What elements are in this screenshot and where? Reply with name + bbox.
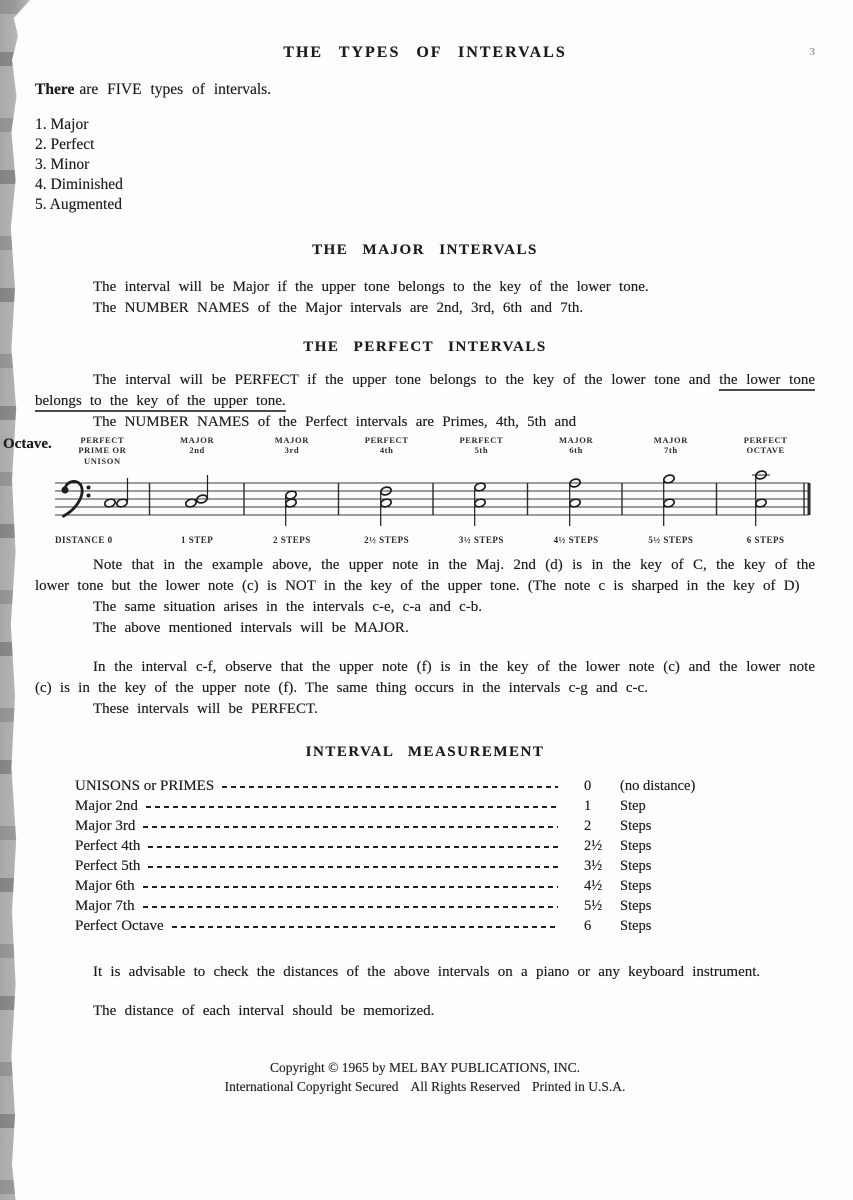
copyright-line-1: Copyright © 1965 by MEL BAY PUBLICATIONS…: [35, 1058, 815, 1077]
distance-label: 4½ STEPS: [529, 535, 624, 545]
distance-unit: Steps: [620, 818, 740, 835]
perfect-intervals-heading: THE PERFECT INTERVALS: [35, 339, 815, 356]
interval-label: PERFECT PRIME OR UNISON: [55, 435, 150, 467]
interval-name: Major 7th: [75, 898, 135, 915]
intro-lead-first-word: There: [35, 81, 74, 98]
distance-labels: DISTANCE 0 1 STEP 2 STEPS 2½ STEPS 3½ ST…: [55, 535, 813, 545]
table-row: Major 7th 5½ Steps: [75, 896, 740, 916]
interval-name: Perfect Octave: [75, 918, 164, 935]
distance-value: 4½: [584, 878, 620, 895]
list-item: 3. Minor: [35, 155, 815, 175]
page-title: THE TYPES OF INTERVALS: [283, 44, 566, 62]
major-paragraph-2: The NUMBER NAMES of the Major intervals …: [35, 298, 815, 319]
distance-unit: Steps: [620, 858, 740, 875]
copyright-secured-text: International Copyright Secured: [225, 1079, 399, 1094]
interval-measurement-heading: INTERVAL MEASUREMENT: [35, 744, 815, 761]
interval-name: Major 6th: [75, 878, 135, 895]
intro-lead: Thereare FIVE types of intervals.: [35, 81, 815, 99]
note-paragraph-1: Note that in the example above, the uppe…: [35, 555, 815, 597]
list-item: 4. Diminished: [35, 175, 815, 195]
list-item: 1. Major: [35, 115, 815, 135]
dotted-leader: [146, 806, 558, 809]
list-item: 5. Augmented: [35, 195, 815, 215]
distance-label: 1 STEP: [150, 535, 245, 545]
bass-staff-notation: [55, 469, 813, 535]
perfect-paragraph-2: The NUMBER NAMES of the Perfect interval…: [35, 412, 815, 433]
dotted-leader: [222, 786, 558, 789]
distance-unit: (no distance): [620, 778, 740, 795]
interval-label: PERFECT OCTAVE: [718, 435, 813, 467]
interval-name: Major 3rd: [75, 818, 135, 835]
distance-value: 6: [584, 918, 620, 935]
distance-label: 2 STEPS: [245, 535, 340, 545]
note-paragraph-2: The same situation arises in the interva…: [35, 597, 815, 618]
distance-label: 2½ STEPS: [339, 535, 434, 545]
interval-types-list: 1. Major 2. Perfect 3. Minor 4. Diminish…: [35, 115, 815, 215]
distance-label: 5½ STEPS: [624, 535, 719, 545]
dotted-leader: [172, 926, 558, 929]
closing-paragraph-1: It is advisable to check the distances o…: [35, 962, 815, 983]
interval-label: PERFECT 5th: [434, 435, 529, 467]
distance-value: 0: [584, 778, 620, 795]
cf-paragraph-1: In the interval c-f, observe that the up…: [35, 657, 815, 699]
distance-value: 2: [584, 818, 620, 835]
table-row: Perfect 4th 2½ Steps: [75, 836, 740, 856]
interval-label: MAJOR 6th: [529, 435, 624, 467]
distance-unit: Steps: [620, 878, 740, 895]
major-paragraph-1: The interval will be Major if the upper …: [35, 277, 815, 298]
perfect-paragraph-1-start: The interval will be PERFECT if the uppe…: [93, 372, 719, 388]
interval-name: Perfect 4th: [75, 838, 140, 855]
dotted-leader: [143, 886, 558, 889]
staff-example-block: Octave. PERFECT PRIME OR UNISON MAJOR 2n…: [35, 435, 815, 546]
cf-paragraph-2: These intervals will be PERFECT.: [35, 699, 815, 720]
table-row: Major 6th 4½ Steps: [75, 876, 740, 896]
distance-value: 2½: [584, 838, 620, 855]
scanned-document-page: THE TYPES OF INTERVALS 3 Thereare FIVE t…: [0, 0, 853, 1200]
intro-lead-rest: are FIVE types of intervals.: [79, 81, 271, 98]
table-row: Major 3rd 2 Steps: [75, 816, 740, 836]
interval-label: MAJOR 2nd: [150, 435, 245, 467]
interval-name: Perfect 5th: [75, 858, 140, 875]
title-row: THE TYPES OF INTERVALS 3: [35, 44, 815, 62]
note-paragraph-3: The above mentioned intervals will be MA…: [35, 618, 815, 639]
table-row: Perfect 5th 3½ Steps: [75, 856, 740, 876]
octave-continuation-word: Octave.: [3, 436, 52, 453]
distance-unit: Steps: [620, 898, 740, 915]
dotted-leader: [148, 866, 558, 869]
measurement-table: UNISONS or PRIMES 0 (no distance) Major …: [75, 776, 740, 936]
distance-value: 5½: [584, 898, 620, 915]
interval-name: UNISONS or PRIMES: [75, 778, 214, 795]
rights-reserved-text: All Rights Reserved: [411, 1079, 521, 1094]
copyright-line-2: International Copyright SecuredAll Right…: [35, 1077, 815, 1096]
perfect-paragraph-1: The interval will be PERFECT if the uppe…: [35, 370, 815, 412]
printed-usa-text: Printed in U.S.A.: [532, 1079, 625, 1094]
scan-edge-artifact: [0, 0, 30, 1200]
interval-name: Major 2nd: [75, 798, 138, 815]
staff-lines: [55, 483, 809, 515]
distance-value: 3½: [584, 858, 620, 875]
dotted-leader: [143, 906, 558, 909]
distance-label: 6 STEPS: [718, 535, 813, 545]
major-intervals-heading: THE MAJOR INTERVALS: [35, 242, 815, 259]
page-content: THE TYPES OF INTERVALS 3 Thereare FIVE t…: [35, 0, 815, 1096]
interval-name-labels: PERFECT PRIME OR UNISON MAJOR 2nd MAJOR …: [55, 435, 813, 467]
table-row: Perfect Octave 6 Steps: [75, 916, 740, 936]
distance-label: 3½ STEPS: [434, 535, 529, 545]
interval-label: MAJOR 3rd: [245, 435, 340, 467]
table-row: UNISONS or PRIMES 0 (no distance): [75, 776, 740, 796]
distance-unit: Steps: [620, 838, 740, 855]
copyright-footer: Copyright © 1965 by MEL BAY PUBLICATIONS…: [35, 1058, 815, 1096]
page-number: 3: [810, 46, 816, 58]
distance-value: 1: [584, 798, 620, 815]
interval-label: MAJOR 7th: [624, 435, 719, 467]
table-row: Major 2nd 1 Step: [75, 796, 740, 816]
distance-unit: Steps: [620, 918, 740, 935]
list-item: 2. Perfect: [35, 135, 815, 155]
distance-label: DISTANCE 0: [55, 535, 150, 545]
closing-paragraph-2: The distance of each interval should be …: [35, 1001, 815, 1022]
dotted-leader: [143, 826, 558, 829]
interval-label: PERFECT 4th: [339, 435, 434, 467]
interval-notes: [104, 470, 770, 526]
distance-unit: Step: [620, 798, 740, 815]
dotted-leader: [148, 846, 558, 849]
